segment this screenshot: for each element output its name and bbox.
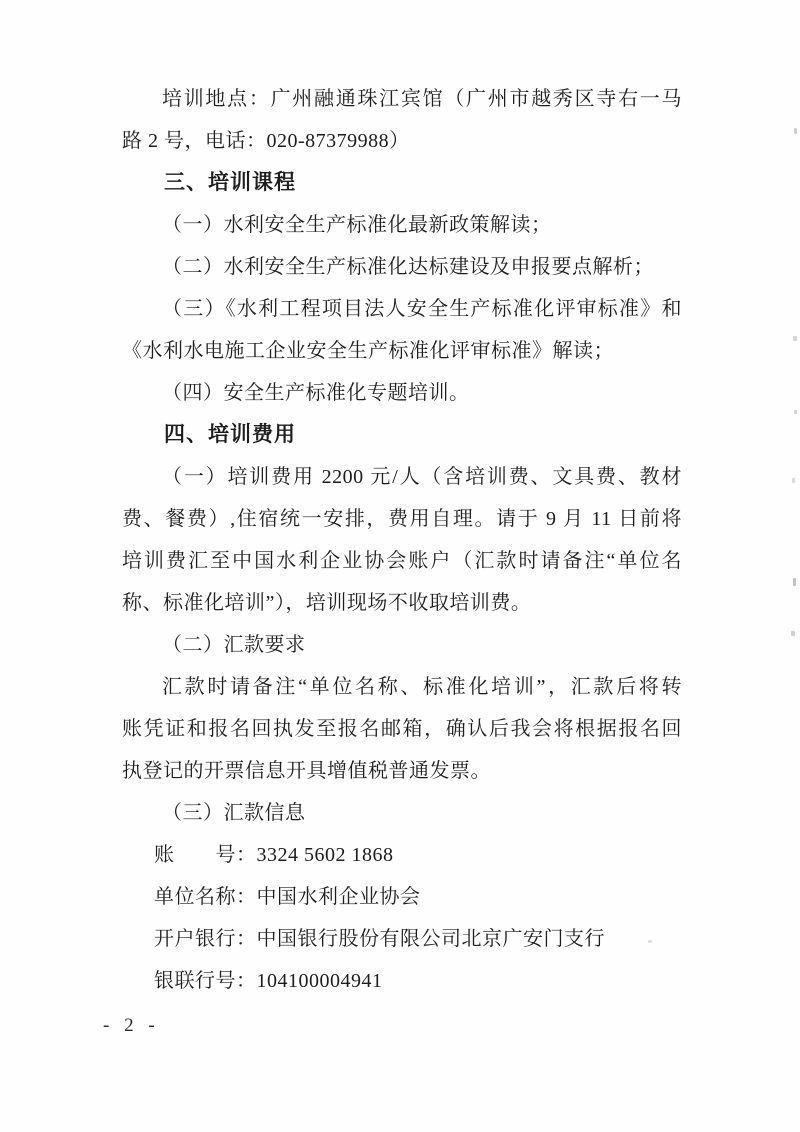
- scan-artifact: [794, 128, 797, 134]
- training-location-line-2: 路 2 号，电话：020-87379988）: [122, 120, 682, 162]
- scan-artifact: [794, 410, 797, 414]
- fee-paragraph-line-2: 费、餐费）,住宿统一安排，费用自理。请于 9 月 11 日前将: [122, 498, 682, 540]
- scan-artifact: [793, 336, 797, 341]
- course-item-3-line-1: （三）《水利工程项目法人安全生产标准化评审标准》和: [122, 288, 682, 330]
- scan-artifact: [791, 631, 795, 636]
- fee-paragraph-line-3: 培训费汇至中国水利企业协会账户（汇款时请备注“单位名: [122, 540, 682, 582]
- bank-account-number-line: 账 号：3324 5602 1868: [122, 834, 682, 876]
- course-item-1: （一）水利安全生产标准化最新政策解读；: [122, 204, 682, 246]
- fee-paragraph-line-1: （一）培训费用 2200 元/人（含培训费、文具费、教材: [122, 456, 682, 498]
- remit-requirements-heading: （二）汇款要求: [122, 624, 682, 666]
- course-item-2: （二）水利安全生产标准化达标建设及申报要点解析；: [122, 246, 682, 288]
- course-item-3-line-2: 《水利水电施工企业安全生产标准化评审标准》解读；: [122, 330, 682, 372]
- bank-account-name-line: 单位名称：中国水利企业协会: [122, 876, 682, 918]
- scan-artifact: [793, 578, 796, 586]
- bank-union-code-line: 银联行号：104100004941: [122, 960, 682, 1002]
- document-page: 培训地点：广州融通珠江宾馆（广州市越秀区寺右一马 路 2 号，电话：020-87…: [0, 0, 800, 1132]
- section-heading-training-fees: 四、培训费用: [122, 414, 682, 456]
- document-body: 培训地点：广州融通珠江宾馆（广州市越秀区寺右一马 路 2 号，电话：020-87…: [122, 78, 682, 1002]
- bank-name-line: 开户银行：中国银行股份有限公司北京广安门支行: [122, 918, 682, 960]
- fee-paragraph-line-4: 称、标准化培训”），培训现场不收取培训费。: [122, 582, 682, 624]
- scan-artifact: [648, 940, 652, 943]
- remit-info-heading: （三）汇款信息: [122, 792, 682, 834]
- remit-requirements-line-2: 账凭证和报名回执发至报名邮箱，确认后我会将根据报名回: [122, 708, 682, 750]
- remit-requirements-line-1: 汇款时请备注“单位名称、标准化培训”，汇款后将转: [122, 666, 682, 708]
- section-heading-training-courses: 三、培训课程: [122, 162, 682, 204]
- page-number: - 2 -: [103, 1012, 160, 1040]
- training-location-line-1: 培训地点：广州融通珠江宾馆（广州市越秀区寺右一马: [122, 78, 682, 120]
- remit-requirements-line-3: 执登记的开票信息开具增值税普通发票。: [122, 750, 682, 792]
- scan-artifact: [792, 478, 795, 483]
- course-item-4: （四）安全生产标准化专题培训。: [122, 372, 682, 414]
